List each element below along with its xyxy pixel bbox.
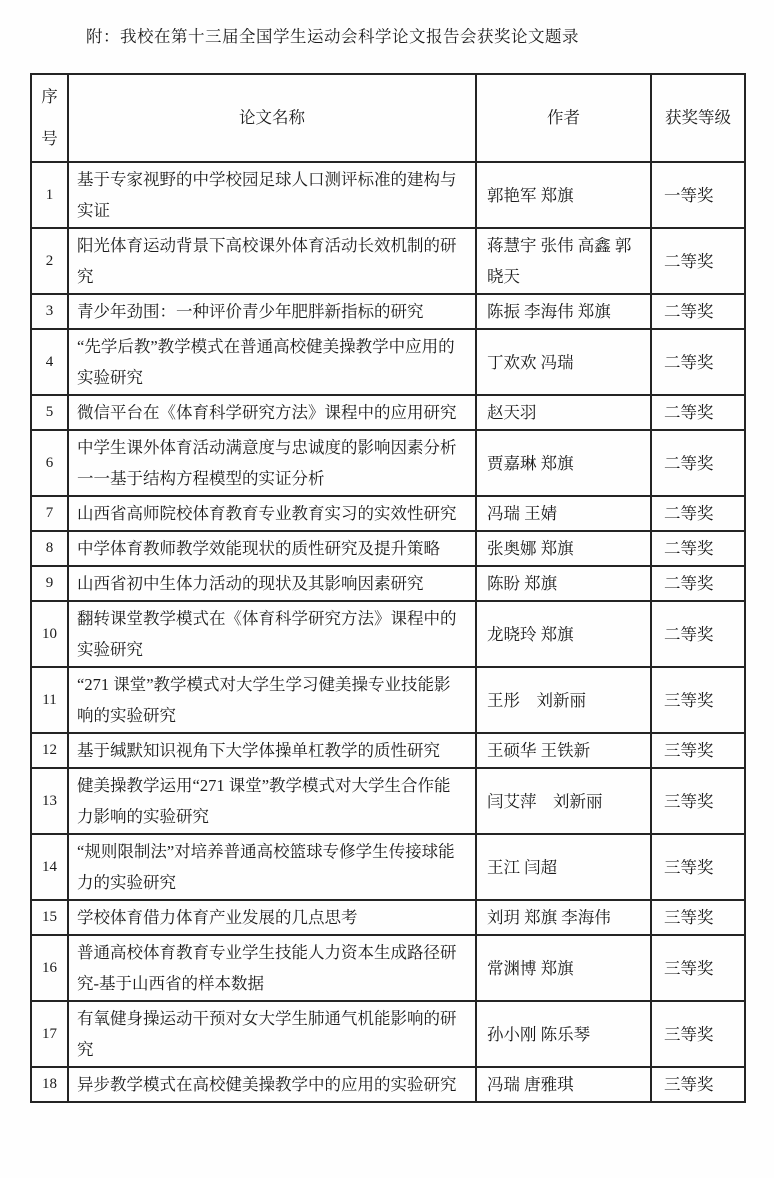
authors-cell: 王硕华 王铁新 <box>476 733 651 768</box>
authors-cell: 赵天羽 <box>476 395 651 430</box>
award-cell: 三等奖 <box>651 1067 745 1102</box>
table-row: 13 健美操教学运用“271 课堂”教学模式对大学生合作能力影响的实验研究 闫艾… <box>31 768 745 834</box>
title-cell: 基于缄默知识视角下大学体操单杠教学的质性研究 <box>68 733 476 768</box>
header-paper-title: 论文名称 <box>68 74 476 162</box>
award-cell: 二等奖 <box>651 294 745 329</box>
index-cell: 16 <box>31 935 68 1001</box>
authors-cell: 丁欢欢 冯瑞 <box>476 329 651 395</box>
title-cell: 微信平台在《体育科学研究方法》课程中的应用研究 <box>68 395 476 430</box>
award-cell: 三等奖 <box>651 935 745 1001</box>
table-row: 7 山西省高师院校体育教育专业教育实习的实效性研究 冯瑞 王婧 二等奖 <box>31 496 745 531</box>
authors-cell: 陈振 李海伟 郑旗 <box>476 294 651 329</box>
award-cell: 三等奖 <box>651 733 745 768</box>
authors-cell: 刘玥 郑旗 李海伟 <box>476 900 651 935</box>
index-cell: 4 <box>31 329 68 395</box>
table-row: 2 阳光体育运动背景下高校课外体育活动长效机制的研究 蒋慧宇 张伟 高鑫 郭晓天… <box>31 228 745 294</box>
title-cell: “271 课堂”教学模式对大学生学习健美操专业技能影响的实验研究 <box>68 667 476 733</box>
title-cell: 阳光体育运动背景下高校课外体育活动长效机制的研究 <box>68 228 476 294</box>
table-row: 10 翻转课堂教学模式在《体育科学研究方法》课程中的实验研究 龙晓玲 郑旗 二等… <box>31 601 745 667</box>
title-cell: 中学体育教师教学效能现状的质性研究及提升策略 <box>68 531 476 566</box>
award-cell: 二等奖 <box>651 531 745 566</box>
index-cell: 14 <box>31 834 68 900</box>
document-page: 附：我校在第十三届全国学生运动会科学论文报告会获奖论文题录 序号 论文名称 作者… <box>0 0 774 1178</box>
authors-cell: 王彤 刘新丽 <box>476 667 651 733</box>
award-cell: 二等奖 <box>651 329 745 395</box>
award-cell: 三等奖 <box>651 900 745 935</box>
authors-cell: 陈盼 郑旗 <box>476 566 651 601</box>
index-cell: 6 <box>31 430 68 496</box>
authors-cell: 孙小刚 陈乐琴 <box>476 1001 651 1067</box>
award-cell: 一等奖 <box>651 162 745 228</box>
index-cell: 9 <box>31 566 68 601</box>
authors-cell: 闫艾萍 刘新丽 <box>476 768 651 834</box>
index-cell: 1 <box>31 162 68 228</box>
table-row: 4 “先学后教”教学模式在普通高校健美操教学中应用的实验研究 丁欢欢 冯瑞 二等… <box>31 329 745 395</box>
authors-cell: 蒋慧宇 张伟 高鑫 郭晓天 <box>476 228 651 294</box>
page-title: 附：我校在第十三届全国学生运动会科学论文报告会获奖论文题录 <box>86 26 744 48</box>
index-cell: 5 <box>31 395 68 430</box>
table-row: 15 学校体育借力体育产业发展的几点思考 刘玥 郑旗 李海伟 三等奖 <box>31 900 745 935</box>
table-row: 11 “271 课堂”教学模式对大学生学习健美操专业技能影响的实验研究 王彤 刘… <box>31 667 745 733</box>
table-row: 3 青少年劲围：一种评价青少年肥胖新指标的研究 陈振 李海伟 郑旗 二等奖 <box>31 294 745 329</box>
authors-cell: 贾嘉琳 郑旗 <box>476 430 651 496</box>
index-cell: 3 <box>31 294 68 329</box>
header-award-level: 获奖等级 <box>651 74 745 162</box>
table-row: 12 基于缄默知识视角下大学体操单杠教学的质性研究 王硕华 王铁新 三等奖 <box>31 733 745 768</box>
award-cell: 二等奖 <box>651 496 745 531</box>
title-cell: “先学后教”教学模式在普通高校健美操教学中应用的实验研究 <box>68 329 476 395</box>
title-cell: 翻转课堂教学模式在《体育科学研究方法》课程中的实验研究 <box>68 601 476 667</box>
index-cell: 11 <box>31 667 68 733</box>
title-cell: 中学生课外体育活动满意度与忠诚度的影响因素分析一一基于结构方程模型的实证分析 <box>68 430 476 496</box>
table-body: 1 基于专家视野的中学校园足球人口测评标准的建构与实证 郭艳军 郑旗 一等奖 2… <box>31 162 745 1102</box>
award-cell: 三等奖 <box>651 667 745 733</box>
award-cell: 二等奖 <box>651 430 745 496</box>
table-row: 5 微信平台在《体育科学研究方法》课程中的应用研究 赵天羽 二等奖 <box>31 395 745 430</box>
title-cell: 普通高校体育教育专业学生技能人力资本生成路径研究-基于山西省的样本数据 <box>68 935 476 1001</box>
index-cell: 7 <box>31 496 68 531</box>
header-index: 序号 <box>31 74 68 162</box>
award-cell: 三等奖 <box>651 1001 745 1067</box>
title-cell: 健美操教学运用“271 课堂”教学模式对大学生合作能力影响的实验研究 <box>68 768 476 834</box>
index-cell: 18 <box>31 1067 68 1102</box>
authors-cell: 王江 闫超 <box>476 834 651 900</box>
table-row: 8 中学体育教师教学效能现状的质性研究及提升策略 张奥娜 郑旗 二等奖 <box>31 531 745 566</box>
index-cell: 2 <box>31 228 68 294</box>
title-cell: 基于专家视野的中学校园足球人口测评标准的建构与实证 <box>68 162 476 228</box>
authors-cell: 张奥娜 郑旗 <box>476 531 651 566</box>
authors-cell: 郭艳军 郑旗 <box>476 162 651 228</box>
title-cell: 山西省高师院校体育教育专业教育实习的实效性研究 <box>68 496 476 531</box>
title-cell: “规则限制法”对培养普通高校篮球专修学生传接球能力的实验研究 <box>68 834 476 900</box>
table-row: 16 普通高校体育教育专业学生技能人力资本生成路径研究-基于山西省的样本数据 常… <box>31 935 745 1001</box>
award-cell: 三等奖 <box>651 768 745 834</box>
award-cell: 二等奖 <box>651 601 745 667</box>
award-cell: 三等奖 <box>651 834 745 900</box>
table-row: 18 异步教学模式在高校健美操教学中的应用的实验研究 冯瑞 唐雅琪 三等奖 <box>31 1067 745 1102</box>
title-cell: 青少年劲围：一种评价青少年肥胖新指标的研究 <box>68 294 476 329</box>
authors-cell: 常渊博 郑旗 <box>476 935 651 1001</box>
index-cell: 17 <box>31 1001 68 1067</box>
table-row: 9 山西省初中生体力活动的现状及其影响因素研究 陈盼 郑旗 二等奖 <box>31 566 745 601</box>
table-row: 6 中学生课外体育活动满意度与忠诚度的影响因素分析一一基于结构方程模型的实证分析… <box>31 430 745 496</box>
title-cell: 山西省初中生体力活动的现状及其影响因素研究 <box>68 566 476 601</box>
header-row: 序号 论文名称 作者 获奖等级 <box>31 74 745 162</box>
table-row: 1 基于专家视野的中学校园足球人口测评标准的建构与实证 郭艳军 郑旗 一等奖 <box>31 162 745 228</box>
index-cell: 8 <box>31 531 68 566</box>
title-cell: 学校体育借力体育产业发展的几点思考 <box>68 900 476 935</box>
award-cell: 二等奖 <box>651 228 745 294</box>
awards-table: 序号 论文名称 作者 获奖等级 1 基于专家视野的中学校园足球人口测评标准的建构… <box>30 73 746 1103</box>
title-cell: 异步教学模式在高校健美操教学中的应用的实验研究 <box>68 1067 476 1102</box>
award-cell: 二等奖 <box>651 395 745 430</box>
table-row: 14 “规则限制法”对培养普通高校篮球专修学生传接球能力的实验研究 王江 闫超 … <box>31 834 745 900</box>
index-cell: 10 <box>31 601 68 667</box>
authors-cell: 龙晓玲 郑旗 <box>476 601 651 667</box>
authors-cell: 冯瑞 唐雅琪 <box>476 1067 651 1102</box>
index-cell: 12 <box>31 733 68 768</box>
award-cell: 二等奖 <box>651 566 745 601</box>
index-cell: 15 <box>31 900 68 935</box>
title-cell: 有氧健身操运动干预对女大学生肺通气机能影响的研究 <box>68 1001 476 1067</box>
index-cell: 13 <box>31 768 68 834</box>
authors-cell: 冯瑞 王婧 <box>476 496 651 531</box>
table-row: 17 有氧健身操运动干预对女大学生肺通气机能影响的研究 孙小刚 陈乐琴 三等奖 <box>31 1001 745 1067</box>
header-authors: 作者 <box>476 74 651 162</box>
